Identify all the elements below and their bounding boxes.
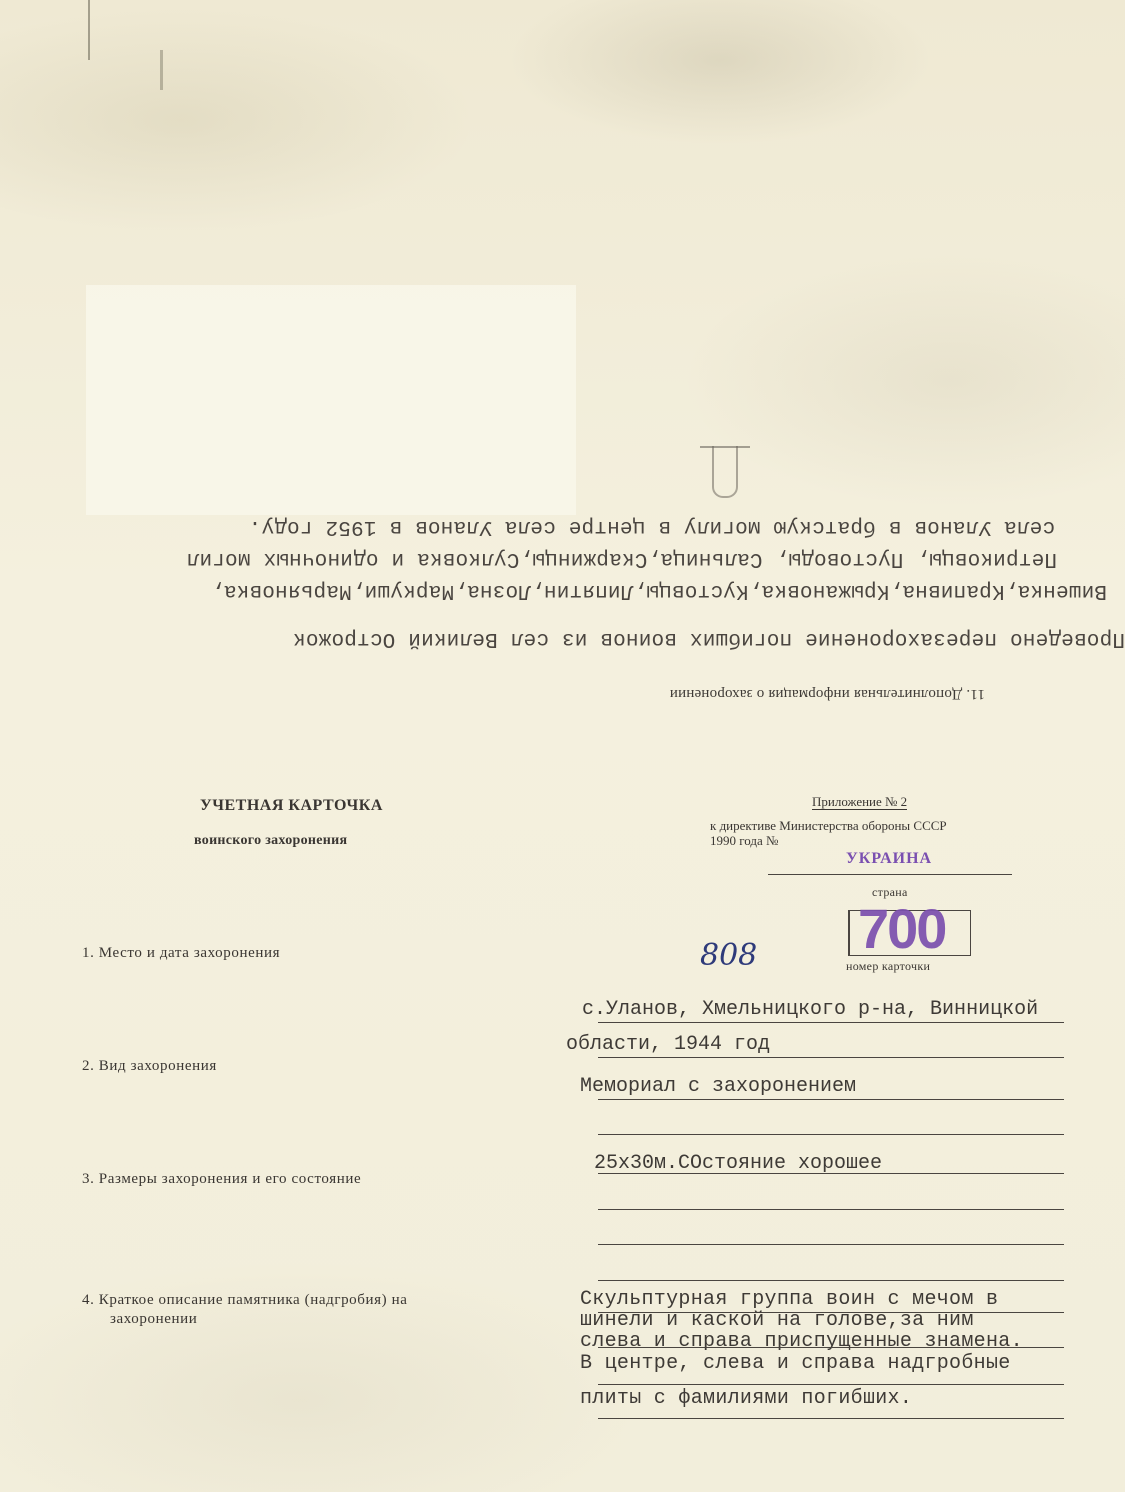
field-4-label-line-1: 4. Краткое описание памятника (надгробия…: [82, 1292, 407, 1309]
field-2-value-line-1[interactable]: Мемориал с захоронением: [580, 1075, 856, 1098]
field-4-value-line-4[interactable]: В центре, слева и справа надгробные: [580, 1352, 1011, 1375]
field-1-value-line-1[interactable]: с.Уланов, Хмельницкого р-на, Винницкой: [582, 998, 1038, 1021]
reverse-side-additional-info: 11. Дополнительная информация о захороне…: [0, 500, 1125, 710]
field-4-rule: [598, 1384, 1064, 1385]
field-4-value-line-5[interactable]: плиты с фамилиями погибших.: [580, 1387, 912, 1410]
field-3-rule: [598, 1173, 1064, 1174]
reverse-line: Вишенка,Крапивна,Крыжановка,Кустовцы,Лип…: [211, 579, 1107, 602]
reverse-line: села Уланов в братскую могилу в центре с…: [248, 515, 1055, 538]
handwritten-number: 808: [700, 938, 757, 973]
card-title: УЧЕТНАЯ КАРТОЧКА: [200, 797, 383, 815]
field-1-label: 1. Место и дата захоронения: [82, 945, 280, 962]
field-2-label: 2. Вид захоронения: [82, 1058, 217, 1075]
field-4-value-line-3[interactable]: слева и справа приспущенные знамена.: [580, 1330, 1023, 1353]
field-3-rule: [598, 1280, 1064, 1281]
card-number-label: номер карточки: [846, 959, 930, 974]
appendix-directive: к директиве Министерства обороны СССР: [710, 818, 947, 834]
field-3-rule: [598, 1209, 1064, 1210]
bleached-paper-area: [86, 285, 576, 515]
scan-shadow-mark: [88, 0, 90, 60]
card-number-stamp: 700: [858, 896, 945, 961]
field-4-value-line-2[interactable]: шинели и каской на голове,за ним: [580, 1309, 974, 1332]
field-2-rule: [598, 1134, 1064, 1135]
scan-shadow-mark: [160, 50, 163, 90]
section-11-header: 11. Дополнительная информация о захороне…: [670, 685, 985, 702]
field-4-rule: [598, 1347, 1064, 1348]
field-3-value-line-1[interactable]: 25х30м.СОстояние хорошее: [594, 1152, 882, 1175]
reverse-line: Проведено перезахоронение погибших воино…: [293, 627, 1125, 650]
appendix-title-text: Приложение № 2: [812, 794, 907, 810]
field-1-rule: [598, 1022, 1064, 1023]
appendix-year: 1990 года №: [710, 833, 778, 849]
country-stamp: УКРАИНА: [846, 850, 932, 868]
field-1-value-line-2[interactable]: области, 1944 год: [566, 1033, 770, 1056]
reverse-line: Петриковцы, Пустоводы, Сальница,Скаржинц…: [186, 547, 1057, 570]
card-subtitle: воинского захоронения: [194, 833, 347, 849]
paperclip-icon: [712, 446, 738, 498]
country-underline: [768, 874, 1012, 875]
appendix-title: Приложение № 2: [812, 794, 907, 810]
field-3-label: 3. Размеры захоронения и его состояние: [82, 1171, 361, 1188]
field-1-rule: [598, 1057, 1064, 1058]
field-2-rule: [598, 1099, 1064, 1100]
field-4-label-line-2: захоронении: [110, 1311, 197, 1328]
field-4-value-line-1[interactable]: Скульптурная группа воин с мечом в: [580, 1288, 998, 1311]
scan-edge: [0, 1492, 1125, 1500]
field-4-rule: [598, 1418, 1064, 1419]
field-3-rule: [598, 1244, 1064, 1245]
